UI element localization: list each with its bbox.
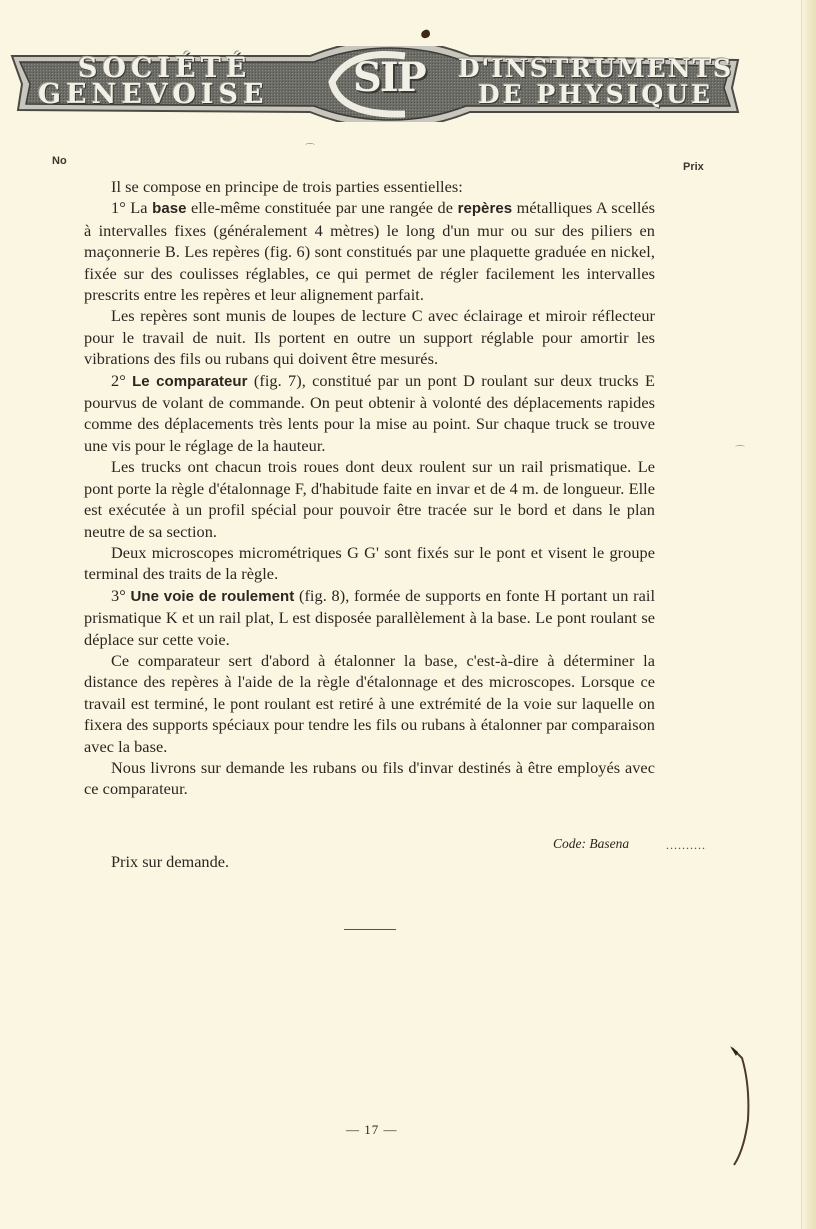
paragraph-loupes: Les repères sont munis de loupes de lect…: [84, 305, 655, 369]
stray-mark: ⌒: [735, 442, 745, 457]
term-voie-de-roulement: Une voie de roulement: [131, 588, 295, 605]
term-comparateur: Le comparateur: [132, 373, 247, 390]
paragraph-base: 1° La base elle-même constituée par une …: [84, 197, 655, 305]
header-banner: SOCIÉTÉ GENEVOISE SIP D'INSTRUMENTS DE P…: [10, 46, 742, 122]
text: Les repères sont munis de loupes de lect…: [84, 306, 655, 368]
text: elle-même constituée par une rangée de: [191, 198, 453, 217]
paragraph-voie: 3° Une voie de roulement (fig. 8), formé…: [84, 585, 655, 650]
paragraph-microscopes: Deux microscopes micrométriques G G' son…: [84, 542, 655, 585]
price-on-request: Prix sur demande.: [111, 852, 229, 872]
item-number: 3°: [111, 586, 126, 605]
text: La: [130, 198, 147, 217]
item-number: 2°: [111, 371, 126, 390]
term-reperes: repères: [458, 200, 513, 217]
paragraph-invar: Nous livrons sur demande les rubans ou f…: [84, 757, 655, 800]
banner-text-instruments: D'INSTRUMENTS: [458, 56, 733, 82]
text: Nous livrons sur demande les rubans ou f…: [84, 758, 655, 798]
paragraph-usage: Ce comparateur sert d'abord à étalonner …: [84, 650, 655, 757]
price-leader-dots: ..........: [666, 838, 706, 853]
section-divider: [344, 929, 396, 930]
term-base: base: [152, 200, 186, 217]
price-column-label: Prix: [683, 161, 704, 173]
pencil-mark: [720, 1040, 760, 1180]
text: Ce comparateur sert d'abord à étalonner …: [84, 651, 655, 756]
page-number: — 17 —: [346, 1122, 398, 1138]
text: Deux microscopes micrométriques G G' son…: [84, 543, 655, 583]
banner-text-genevoise: GENEVOISE: [38, 82, 269, 108]
intro-paragraph: Il se compose en principe de trois parti…: [84, 176, 655, 197]
page-edge: [801, 0, 816, 1229]
telegraph-code: Code: Basena: [553, 836, 629, 852]
banner-text-physique: DE PHYSIQUE: [478, 82, 713, 108]
paragraph-comparateur: 2° Le comparateur (fig. 7), constitué pa…: [84, 370, 655, 457]
description-text: Il se compose en principe de trois parti…: [84, 176, 655, 800]
item-number: 1°: [111, 198, 126, 217]
sip-logo: SIP: [353, 54, 413, 101]
intro-text: Il se compose en principe de trois parti…: [111, 177, 463, 196]
ink-blot: [420, 29, 431, 40]
paragraph-trucks: Les trucks ont chacun trois roues dont d…: [84, 456, 655, 542]
text: Les trucks ont chacun trois roues dont d…: [84, 457, 655, 540]
number-column-label: No: [52, 155, 67, 167]
stray-mark: ⌒: [305, 140, 315, 155]
